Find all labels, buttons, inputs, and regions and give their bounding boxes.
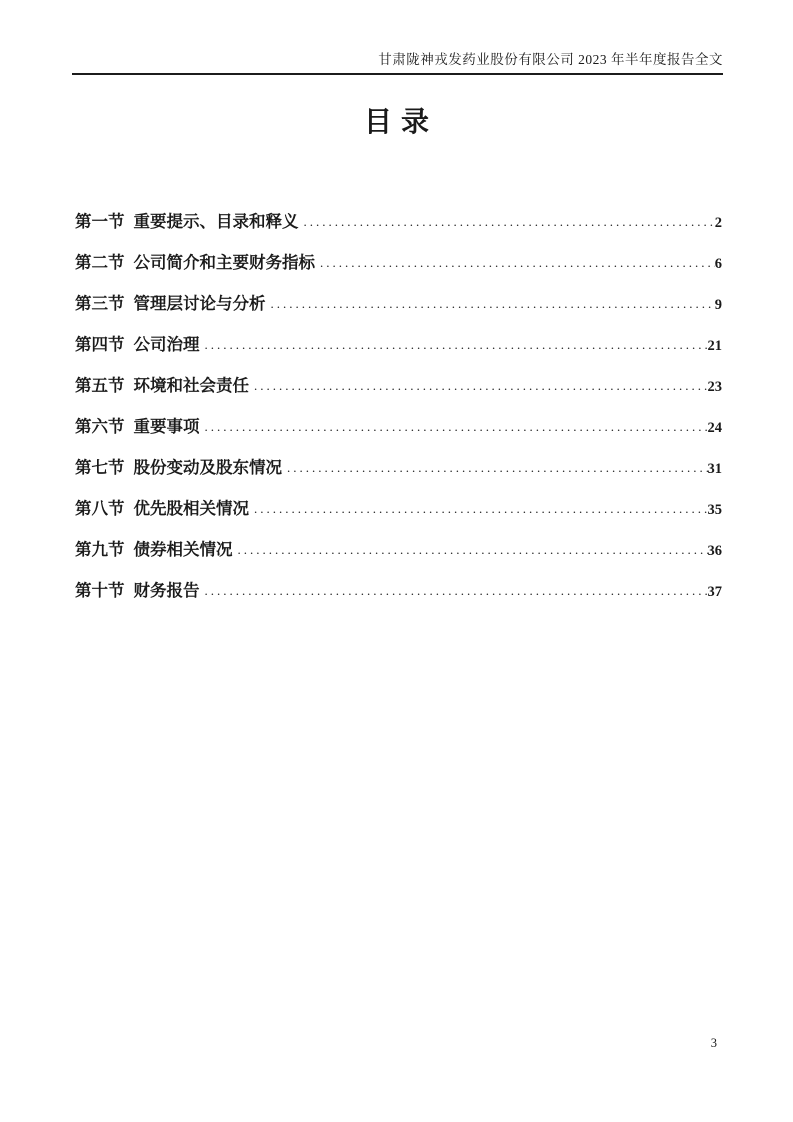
table-of-contents: 第一节 重要提示、目录和释义 2 第二节 公司简介和主要财务指标 6 第三节 管…: [75, 211, 722, 621]
toc-page-number: 24: [708, 417, 723, 439]
toc-title-label: 重要提示、目录和释义: [134, 211, 299, 233]
toc-entry-section-9[interactable]: 第九节 债券相关情况 36: [75, 539, 722, 561]
toc-entry-section-8[interactable]: 第八节 优先股相关情况 35: [75, 498, 722, 520]
toc-title-label: 重要事项: [134, 416, 200, 438]
toc-leader-dots: [200, 416, 708, 438]
toc-section-label: 第四节: [75, 334, 125, 356]
toc-entry-section-2[interactable]: 第二节 公司简介和主要财务指标 6: [75, 252, 722, 274]
page-header: 甘肃陇神戎发药业股份有限公司 2023 年半年度报告全文: [72, 51, 723, 75]
toc-page-number: 37: [708, 581, 723, 603]
toc-title-label: 管理层讨论与分析: [134, 293, 266, 315]
toc-title-label: 优先股相关情况: [134, 498, 250, 520]
toc-page-number: 36: [708, 540, 723, 562]
toc-section-label: 第七节: [75, 457, 125, 479]
toc-entry-section-10[interactable]: 第十节 财务报告 37: [75, 580, 722, 602]
toc-section-label: 第五节: [75, 375, 125, 397]
toc-section-label: 第六节: [75, 416, 125, 438]
toc-page-number: 6: [715, 253, 722, 275]
page-title: 目录: [0, 103, 793, 143]
report-toc-page: 甘肃陇神戎发药业股份有限公司 2023 年半年度报告全文 目录 第一节 重要提示…: [0, 0, 793, 1122]
toc-leader-dots: [249, 375, 708, 397]
toc-title-label: 公司治理: [134, 334, 200, 356]
toc-entry-section-1[interactable]: 第一节 重要提示、目录和释义 2: [75, 211, 722, 233]
toc-page-number: 23: [708, 376, 723, 398]
toc-leader-dots: [200, 334, 708, 356]
toc-section-label: 第十节: [75, 580, 125, 602]
toc-title-label: 股份变动及股东情况: [134, 457, 283, 479]
toc-page-number: 35: [708, 499, 723, 521]
toc-entry-section-6[interactable]: 第六节 重要事项 24: [75, 416, 722, 438]
toc-leader-dots: [233, 539, 708, 561]
toc-leader-dots: [315, 252, 715, 274]
toc-section-label: 第九节: [75, 539, 125, 561]
toc-leader-dots: [200, 580, 708, 602]
report-header-title: 甘肃陇神戎发药业股份有限公司 2023 年半年度报告全文: [72, 51, 723, 68]
toc-section-label: 第三节: [75, 293, 125, 315]
toc-title-label: 债券相关情况: [134, 539, 233, 561]
toc-leader-dots: [266, 293, 715, 315]
toc-section-label: 第一节: [75, 211, 125, 233]
toc-entry-section-7[interactable]: 第七节 股份变动及股东情况 31: [75, 457, 722, 479]
toc-leader-dots: [299, 211, 715, 233]
toc-leader-dots: [282, 457, 708, 479]
toc-leader-dots: [249, 498, 708, 520]
toc-title-label: 财务报告: [134, 580, 200, 602]
footer-page-number: 3: [711, 1036, 717, 1051]
toc-page-number: 21: [708, 335, 723, 357]
toc-title-label: 环境和社会责任: [134, 375, 250, 397]
toc-entry-section-3[interactable]: 第三节 管理层讨论与分析 9: [75, 293, 722, 315]
header-rule: [72, 73, 723, 75]
toc-title-label: 公司简介和主要财务指标: [134, 252, 316, 274]
toc-entry-section-4[interactable]: 第四节 公司治理 21: [75, 334, 722, 356]
toc-page-number: 31: [708, 458, 723, 480]
toc-section-label: 第二节: [75, 252, 125, 274]
toc-page-number: 9: [715, 294, 722, 316]
toc-section-label: 第八节: [75, 498, 125, 520]
toc-entry-section-5[interactable]: 第五节 环境和社会责任 23: [75, 375, 722, 397]
toc-page-number: 2: [715, 212, 722, 234]
